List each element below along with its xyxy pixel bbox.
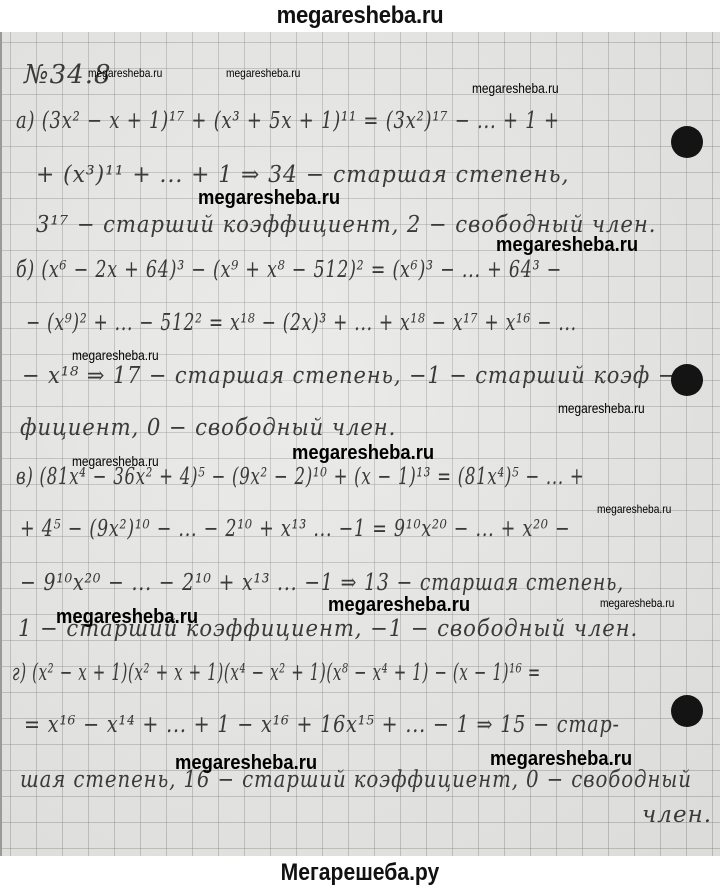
site-header[interactable]: megaresheba.ru xyxy=(29,0,691,32)
notebook-page: №34.8 а) (3x² − x + 1)¹⁷ + (x³ + 5x + 1)… xyxy=(0,32,720,856)
watermark: megaresheba.ru xyxy=(292,442,434,465)
watermark: megaresheba.ru xyxy=(198,187,340,210)
watermark: megaresheba.ru xyxy=(558,400,645,416)
watermark: megaresheba.ru xyxy=(72,453,159,469)
part-a-line-2: + (x³)¹¹ + ... + 1 ⇒ 34 − старшая степен… xyxy=(36,162,569,188)
part-b-line-2: − (x⁹)² + ... − 512² = x¹⁸ − (2x)³ + ...… xyxy=(26,310,577,336)
watermark: megaresheba.ru xyxy=(328,594,470,617)
part-v-line-2: + 4⁵ − (9x²)¹⁰ − ... − 2¹⁰ + x¹³ ... −1 … xyxy=(20,516,570,542)
binder-hole-icon xyxy=(671,695,703,727)
part-g-line-2: = x¹⁶ − x¹⁴ + ... + 1 − x¹⁶ + 16x¹⁵ + ..… xyxy=(24,712,620,738)
part-b-line-3: − x¹⁸ ⇒ 17 − старшая степень, −1 − старш… xyxy=(22,363,676,389)
binder-hole-icon xyxy=(671,126,703,158)
watermark: megaresheba.ru xyxy=(175,752,317,775)
part-b-line-1: б) (x⁶ − 2x + 64)³ − (x⁹ + x⁸ − 512)² = … xyxy=(16,257,562,283)
watermark: megaresheba.ru xyxy=(490,748,632,771)
part-b-line-4: фициент, 0 − свободный член. xyxy=(20,415,396,441)
part-g-line-1: г) (x² − x + 1)(x² + x + 1)(x⁴ − x² + 1)… xyxy=(12,660,541,686)
watermark: megaresheba.ru xyxy=(600,596,674,610)
watermark: megaresheba.ru xyxy=(72,347,159,363)
part-g-line-4: член. xyxy=(642,802,712,828)
watermark: megaresheba.ru xyxy=(56,606,198,629)
watermark: megaresheba.ru xyxy=(226,66,300,80)
binder-hole-icon xyxy=(671,364,703,396)
watermark: megaresheba.ru xyxy=(88,66,162,80)
part-v-line-3: − 9¹⁰x²⁰ − ... − 2¹⁰ + x¹³ ... −1 ⇒ 13 −… xyxy=(20,570,624,596)
watermark: megaresheba.ru xyxy=(597,502,671,516)
watermark: megaresheba.ru xyxy=(496,234,638,257)
part-a-line-1: а) (3x² − x + 1)¹⁷ + (x³ + 5x + 1)¹¹ = (… xyxy=(16,108,560,134)
site-footer[interactable]: Мегарешеба.ру xyxy=(43,856,677,890)
watermark: megaresheba.ru xyxy=(472,80,559,96)
